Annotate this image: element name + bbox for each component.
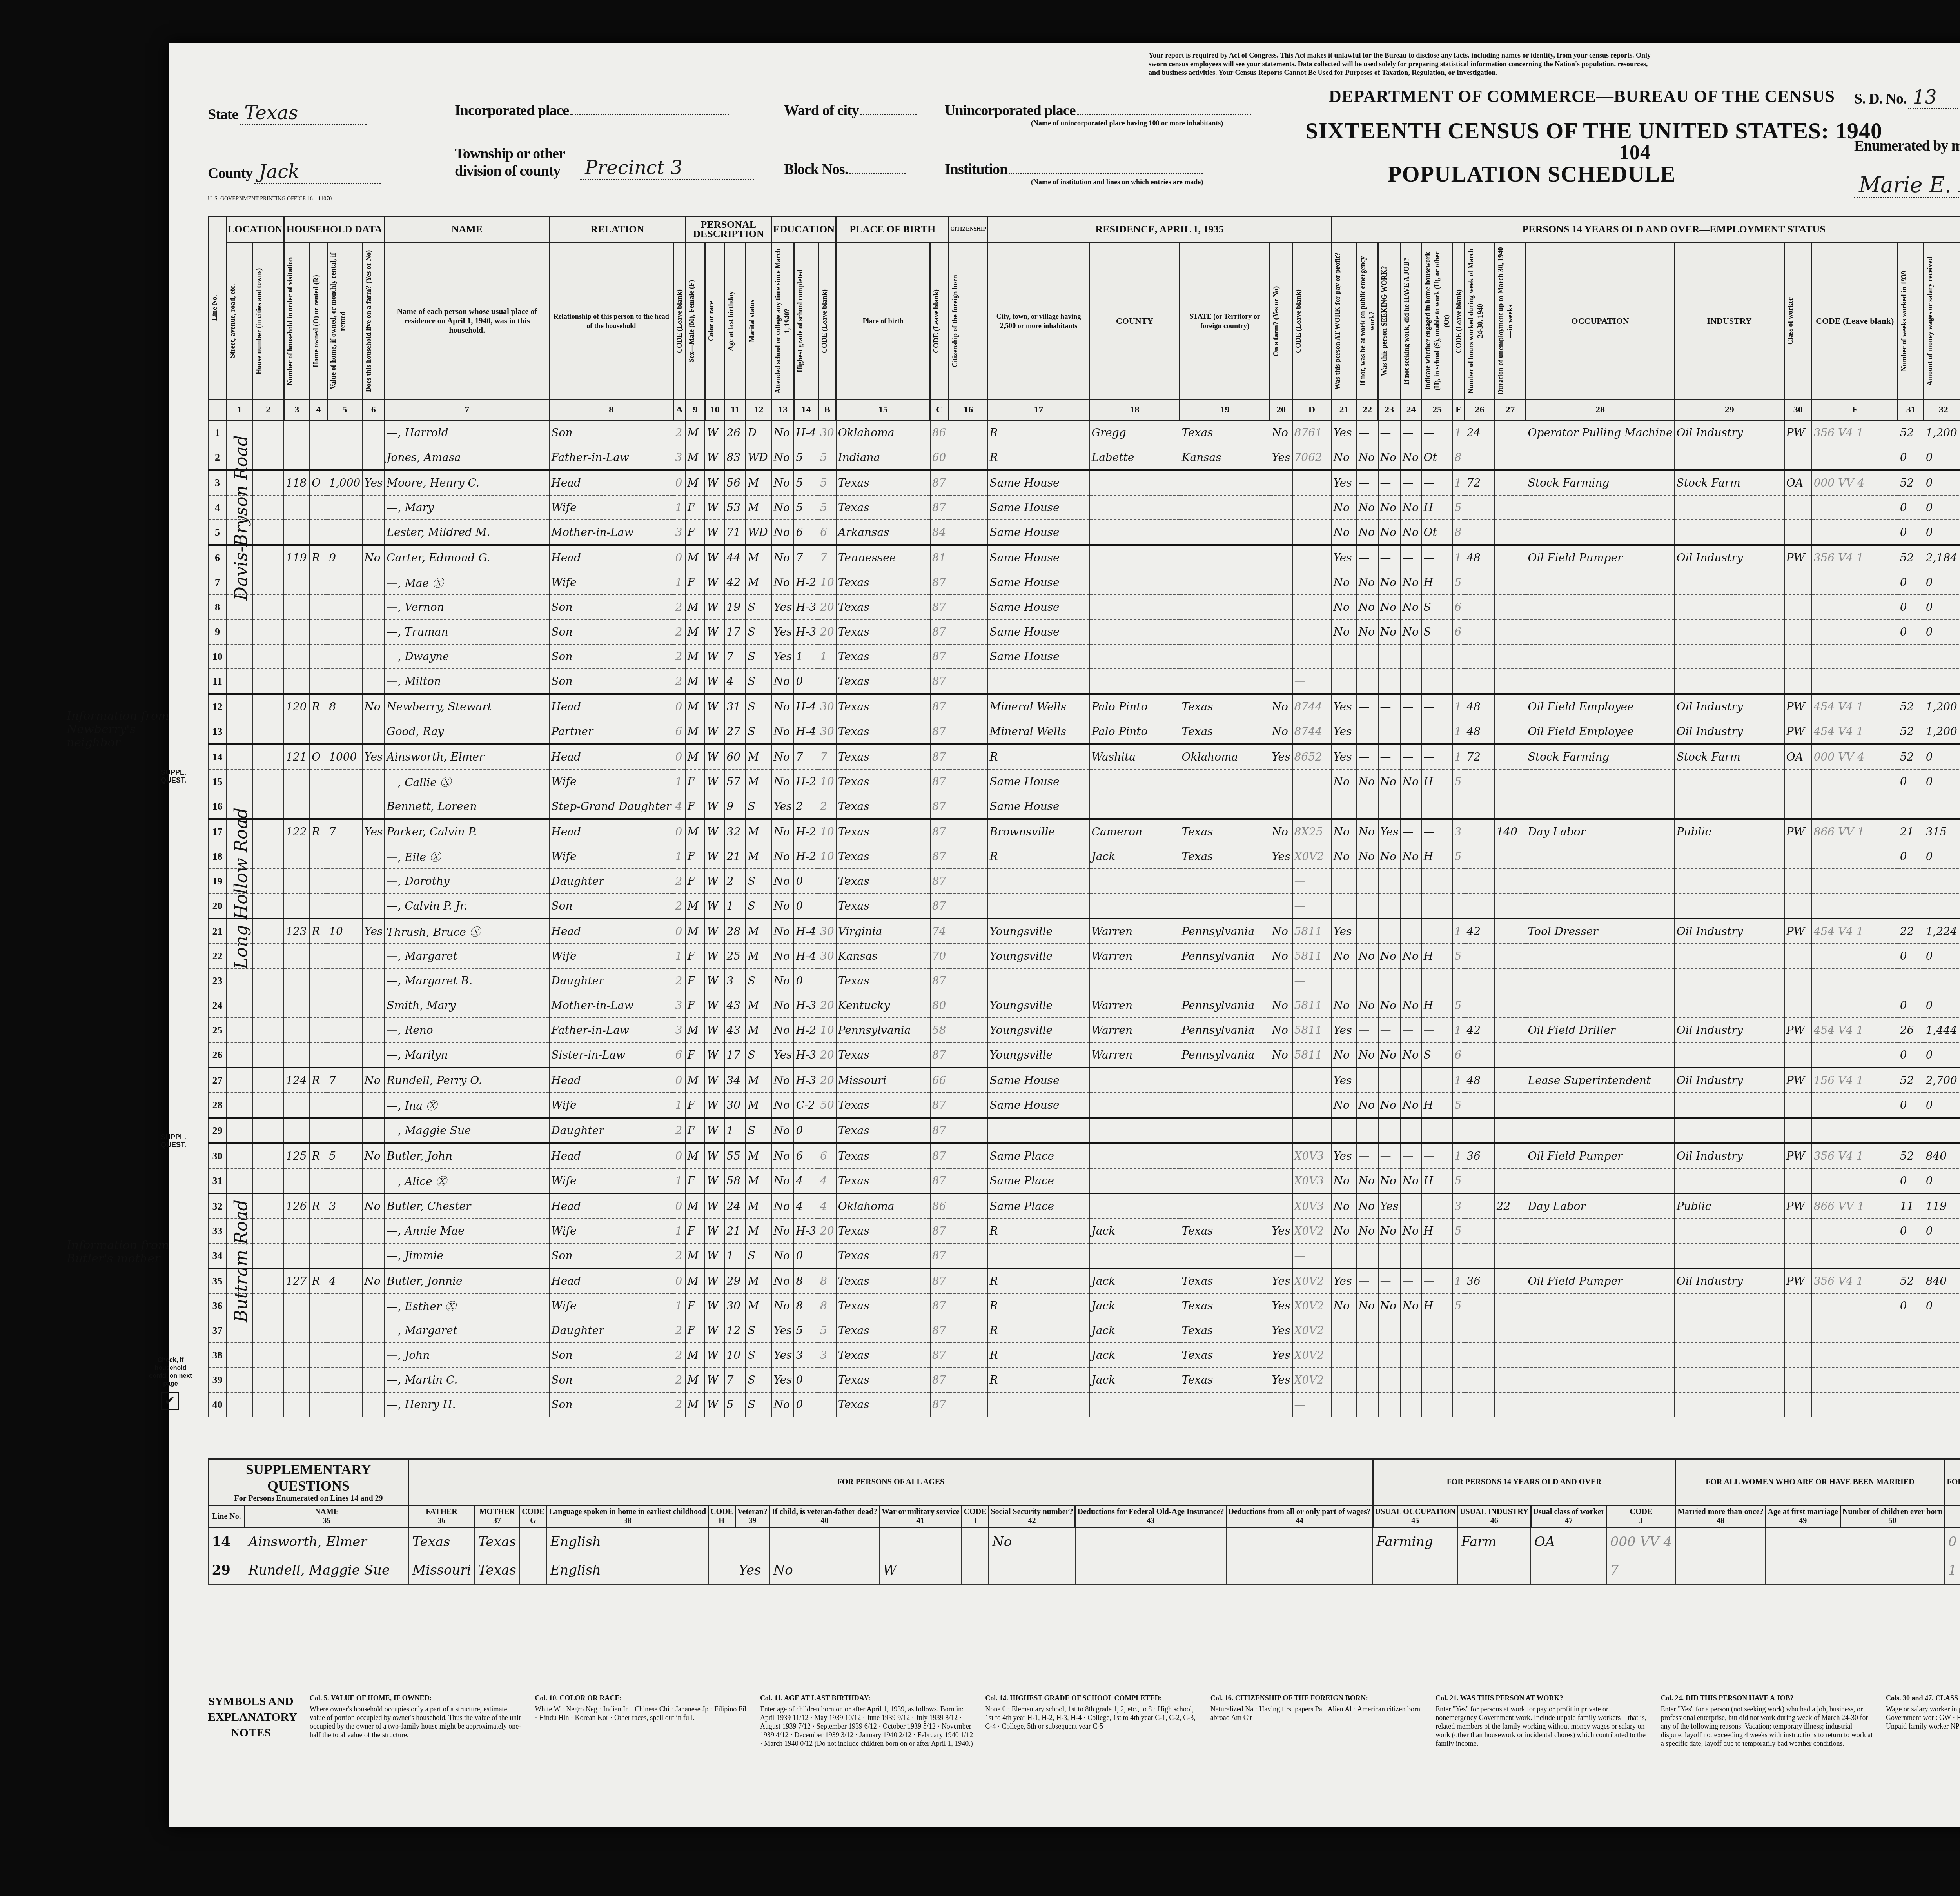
cell-wks: 26 xyxy=(1898,1018,1924,1042)
cell-r18 xyxy=(1090,570,1180,595)
cell-unemp xyxy=(1495,769,1526,794)
cell-f xyxy=(1812,769,1898,794)
cell-occ xyxy=(1526,1293,1675,1318)
cell-c: 87 xyxy=(930,694,949,719)
empty-cell xyxy=(252,1093,284,1118)
cell-grade: 0 xyxy=(794,1118,818,1143)
cell-occ xyxy=(1526,595,1675,619)
cell-race: W xyxy=(705,1219,724,1243)
cell-d: — xyxy=(1292,869,1332,894)
cell-race: W xyxy=(705,570,724,595)
line-number: 40 xyxy=(209,1392,227,1417)
cell-cit xyxy=(949,869,988,894)
cell-cit xyxy=(949,1243,988,1268)
cell-wage xyxy=(1924,794,1960,819)
empty-cell xyxy=(227,570,253,595)
cell-c: 87 xyxy=(930,1168,949,1193)
cell-sch: No xyxy=(771,420,794,445)
cell-r19 xyxy=(1180,1193,1270,1219)
cell-mar: M xyxy=(746,545,771,570)
cell-ind xyxy=(1675,769,1784,794)
cell-sex: M xyxy=(685,744,705,769)
empty-cell xyxy=(252,644,284,669)
cell-grade: 5 xyxy=(794,470,818,495)
cell-b: 7 xyxy=(818,545,836,570)
cell-a: 4 xyxy=(673,794,685,819)
cell-r18 xyxy=(1090,495,1180,520)
cell-r19: Texas xyxy=(1180,819,1270,844)
cell-age: 21 xyxy=(724,844,746,869)
cell-w23 xyxy=(1378,894,1401,919)
cell-w22 xyxy=(1357,1392,1378,1417)
county-value: Jack xyxy=(254,161,381,184)
cell-name: Thrush, Bruce Ⓧ xyxy=(385,919,549,944)
cell-value xyxy=(327,669,362,694)
cell-value: 5 xyxy=(327,1143,362,1168)
cell-sex: M xyxy=(685,420,705,445)
supp-row: 29Rundell, Maggie SueMissouriTexasEnglis… xyxy=(209,1556,1960,1584)
cell-b: 8 xyxy=(818,1268,836,1293)
cell-wage: 0 xyxy=(1924,1168,1960,1193)
cell-r20 xyxy=(1270,669,1292,694)
cell-d: X0V2 xyxy=(1292,1293,1332,1318)
cell-value xyxy=(327,1018,362,1042)
cell-sex: F xyxy=(685,944,705,968)
cell-hrs xyxy=(1465,644,1495,669)
table-row: 26—, MarilynSister-in-Law6FW17SYesH-320T… xyxy=(209,1042,1960,1068)
cell-w21: No xyxy=(1332,944,1357,968)
cell-unemp xyxy=(1495,968,1526,993)
cell-w21 xyxy=(1332,644,1357,669)
column-number: 23 xyxy=(1378,400,1401,420)
cell-value xyxy=(327,1118,362,1143)
cell-hh xyxy=(284,1368,310,1392)
cell-rel: Son xyxy=(549,420,673,445)
table-row: 9—, TrumanSon2MW17SYesH-320Texas87Same H… xyxy=(209,619,1960,644)
line-number: 32 xyxy=(209,1193,227,1219)
cell-cit xyxy=(949,894,988,919)
cell-w25 xyxy=(1422,1368,1453,1392)
cell-mar: M xyxy=(746,844,771,869)
cell-birth: Texas xyxy=(836,769,930,794)
line-number: 4 xyxy=(209,495,227,520)
cell-f: 454 V4 1 xyxy=(1812,1018,1898,1042)
cell-w23: No xyxy=(1378,1093,1401,1118)
empty-cell xyxy=(1766,1556,1840,1584)
cell-w25: H xyxy=(1422,1168,1453,1193)
cell-w21: No xyxy=(1332,769,1357,794)
cell-ind xyxy=(1675,495,1784,520)
supp-column-header: If child, is veteran-father dead?40 xyxy=(769,1506,879,1528)
cell-w24: — xyxy=(1401,1268,1422,1293)
cell-wage: 0 xyxy=(1924,570,1960,595)
cell-own xyxy=(310,869,327,894)
cell-farm xyxy=(362,794,385,819)
cell-b: 5 xyxy=(818,1318,836,1343)
cell-hrs xyxy=(1465,894,1495,919)
cell-w23: — xyxy=(1378,1268,1401,1293)
cell-e xyxy=(1453,894,1465,919)
cell-value xyxy=(327,993,362,1018)
cell-w25: — xyxy=(1422,545,1453,570)
cell-grade: 4 xyxy=(794,1193,818,1219)
cell-a: 1 xyxy=(673,1168,685,1193)
cell-ind: Oil Industry xyxy=(1675,1268,1784,1293)
cell-sex: M xyxy=(685,445,705,470)
cell-farm xyxy=(362,769,385,794)
cell-a: 2 xyxy=(673,1118,685,1143)
cell-birth: Kentucky xyxy=(836,993,930,1018)
cell-wage xyxy=(1924,644,1960,669)
supp-cell-c43 xyxy=(1075,1528,1226,1556)
column-number: 30 xyxy=(1784,400,1812,420)
table-row: 11—, MiltonSon2MW4SNo0Texas87—11 xyxy=(209,669,1960,694)
cell-w25 xyxy=(1422,1118,1453,1143)
cell-race: W xyxy=(705,545,724,570)
cell-r20 xyxy=(1270,1118,1292,1143)
cell-sex: M xyxy=(685,1343,705,1368)
cell-sch: Yes xyxy=(771,1368,794,1392)
column-number: 22 xyxy=(1357,400,1378,420)
cell-name: Newberry, Stewart xyxy=(385,694,549,719)
cell-occ xyxy=(1526,769,1675,794)
cell-c: 87 xyxy=(930,619,949,644)
cell-c: 87 xyxy=(930,769,949,794)
cell-hrs: 48 xyxy=(1465,545,1495,570)
cell-occ xyxy=(1526,495,1675,520)
cell-value: 1,000 xyxy=(327,470,362,495)
group-birth: PLACE OF BIRTH xyxy=(836,216,949,243)
cell-unemp xyxy=(1495,669,1526,694)
cell-sex: F xyxy=(685,1168,705,1193)
cell-wks: 0 xyxy=(1898,844,1924,869)
empty-cell xyxy=(962,1528,989,1556)
cell-wage: 2,700 xyxy=(1924,1068,1960,1093)
note-block: Cols. 30 and 47. CLASS OF WORKER:Wage or… xyxy=(1886,1694,1960,1748)
cell-a: 2 xyxy=(673,968,685,993)
cell-sch: Yes xyxy=(771,1318,794,1343)
cell-farm xyxy=(362,520,385,545)
cell-rel: Mother-in-Law xyxy=(549,520,673,545)
cell-own xyxy=(310,1318,327,1343)
cell-unemp xyxy=(1495,1093,1526,1118)
cell-b: 5 xyxy=(818,495,836,520)
unincorporated-field: Unincorporated place (Name of unincorpor… xyxy=(945,102,1251,127)
cell-occ xyxy=(1526,944,1675,968)
cell-race: W xyxy=(705,694,724,719)
empty-cell xyxy=(520,1556,547,1584)
cell-rel: Wife xyxy=(549,844,673,869)
cell-f xyxy=(1812,993,1898,1018)
group-location: LOCATION xyxy=(227,216,284,243)
cell-wks xyxy=(1898,1392,1924,1417)
cell-hh xyxy=(284,595,310,619)
cell-value xyxy=(327,619,362,644)
cell-race: W xyxy=(705,669,724,694)
cell-wks: 0 xyxy=(1898,619,1924,644)
cell-cls xyxy=(1784,570,1812,595)
line-number: 5 xyxy=(209,520,227,545)
cell-grade: H-2 xyxy=(794,769,818,794)
cell-hh xyxy=(284,894,310,919)
cell-occ xyxy=(1526,794,1675,819)
cell-age: 58 xyxy=(724,1168,746,1193)
empty-cell xyxy=(227,1068,253,1093)
cell-unemp xyxy=(1495,1118,1526,1143)
cell-b: 30 xyxy=(818,420,836,445)
cell-race: W xyxy=(705,520,724,545)
printing-office: U. S. GOVERNMENT PRINTING OFFICE 16—1107… xyxy=(208,196,332,202)
cell-b: 30 xyxy=(818,919,836,944)
cell-b: 6 xyxy=(818,520,836,545)
cell-w23: No xyxy=(1378,1219,1401,1243)
cell-name: —, Callie Ⓧ xyxy=(385,769,549,794)
cell-mar: M xyxy=(746,819,771,844)
cell-unemp xyxy=(1495,694,1526,719)
cell-sch: No xyxy=(771,1068,794,1093)
cell-race: W xyxy=(705,894,724,919)
supp-cell-c44 xyxy=(1226,1556,1373,1584)
cell-r18 xyxy=(1090,894,1180,919)
empty-cell xyxy=(252,570,284,595)
cell-mar: S xyxy=(746,968,771,993)
cell-w23 xyxy=(1378,1118,1401,1143)
cell-occ xyxy=(1526,1368,1675,1392)
cell-d xyxy=(1292,595,1332,619)
cell-ind xyxy=(1675,993,1784,1018)
cell-rel: Son xyxy=(549,1368,673,1392)
enumerator-signature: Marie E. Roper xyxy=(1854,173,1960,198)
cell-race: W xyxy=(705,719,724,744)
cell-hrs xyxy=(1465,1392,1495,1417)
household-continued-checkbox[interactable]: ✔ xyxy=(161,1392,179,1410)
cell-mar: S xyxy=(746,1243,771,1268)
cell-birth: Texas xyxy=(836,719,930,744)
cell-cls xyxy=(1784,844,1812,869)
cell-value xyxy=(327,595,362,619)
cell-w24: No xyxy=(1401,769,1422,794)
cell-sex: M xyxy=(685,595,705,619)
cell-unemp xyxy=(1495,1068,1526,1093)
cell-c: 87 xyxy=(930,844,949,869)
cell-r18 xyxy=(1090,869,1180,894)
cell-w21: Yes xyxy=(1332,1268,1357,1293)
cell-c: 87 xyxy=(930,1343,949,1368)
empty-cell xyxy=(252,520,284,545)
cell-rel: Daughter xyxy=(549,869,673,894)
cell-e xyxy=(1453,1392,1465,1417)
cell-mar: S xyxy=(746,595,771,619)
supp-cell-c41: W xyxy=(880,1556,962,1584)
cell-rel: Son xyxy=(549,644,673,669)
table-row: 32126R3NoButler, ChesterHead0MW24MNo44Ok… xyxy=(209,1193,1960,1219)
column-number: 9 xyxy=(685,400,705,420)
cell-age: 30 xyxy=(724,1293,746,1318)
cell-unemp xyxy=(1495,844,1526,869)
cell-cls xyxy=(1784,644,1812,669)
cell-rel: Son xyxy=(549,1343,673,1368)
cell-w24: No xyxy=(1401,445,1422,470)
cell-ind xyxy=(1675,894,1784,919)
cell-wage: 2,184 xyxy=(1924,545,1960,570)
cell-sex: M xyxy=(685,669,705,694)
cell-rel: Sister-in-Law xyxy=(549,1042,673,1068)
cell-grade: 7 xyxy=(794,545,818,570)
cell-value xyxy=(327,1219,362,1243)
cell-cls: PW xyxy=(1784,1268,1812,1293)
empty-cell xyxy=(227,1018,253,1042)
cell-b: 10 xyxy=(818,769,836,794)
cell-occ xyxy=(1526,894,1675,919)
cell-birth: Virginia xyxy=(836,919,930,944)
cell-own xyxy=(310,1042,327,1068)
cell-occ: Oil Field Driller xyxy=(1526,1018,1675,1042)
cell-mar: S xyxy=(746,644,771,669)
supp-column-header: Deductions from all or only part of wage… xyxy=(1226,1506,1373,1528)
line-number: 35 xyxy=(209,1268,227,1293)
cell-age: 5 xyxy=(724,1392,746,1417)
cell-sex: M xyxy=(685,919,705,944)
cell-hh xyxy=(284,669,310,694)
cell-cit xyxy=(949,769,988,794)
cell-e: 1 xyxy=(1453,1268,1465,1293)
column-number: 3 xyxy=(284,400,310,420)
cell-farm xyxy=(362,1219,385,1243)
supp-cell-c44 xyxy=(1226,1528,1373,1556)
cell-birth: Texas xyxy=(836,570,930,595)
line-number: 38 xyxy=(209,1343,227,1368)
cell-mar: S xyxy=(746,619,771,644)
cell-w23: No xyxy=(1378,520,1401,545)
cell-e: 1 xyxy=(1453,420,1465,445)
cell-r18: Palo Pinto xyxy=(1090,719,1180,744)
cell-r19: Oklahoma xyxy=(1180,744,1270,769)
cell-w23: — xyxy=(1378,919,1401,944)
cell-hrs xyxy=(1465,769,1495,794)
cell-b xyxy=(818,1368,836,1392)
table-row: 30125R5NoButler, JohnHead0MW55MNo66Texas… xyxy=(209,1143,1960,1168)
cell-mar: S xyxy=(746,669,771,694)
cell-cit xyxy=(949,470,988,495)
cell-unemp xyxy=(1495,545,1526,570)
cell-hh: 119 xyxy=(284,545,310,570)
cell-r20 xyxy=(1270,644,1292,669)
cell-farm: No xyxy=(362,545,385,570)
cell-w23: No xyxy=(1378,495,1401,520)
cell-farm xyxy=(362,1392,385,1417)
cell-birth: Texas xyxy=(836,1368,930,1392)
cell-cls xyxy=(1784,595,1812,619)
supp-column-header: CODEI xyxy=(962,1506,989,1528)
table-row: 23—, Margaret B.Daughter2FW3SNo0Texas87—… xyxy=(209,968,1960,993)
line-number: 3 xyxy=(209,470,227,495)
cell-sch: No xyxy=(771,719,794,744)
table-row: 31—, Alice ⓍWife1FW58MNo44Texas87Same Pl… xyxy=(209,1168,1960,1193)
cell-value: 10 xyxy=(327,919,362,944)
cell-w25: S xyxy=(1422,619,1453,644)
cell-own: R xyxy=(310,1268,327,1293)
cell-f xyxy=(1812,495,1898,520)
cell-w22: No xyxy=(1357,819,1378,844)
cell-r18: Jack xyxy=(1090,844,1180,869)
cell-birth: Texas xyxy=(836,470,930,495)
cell-r20 xyxy=(1270,1143,1292,1168)
cell-race: W xyxy=(705,644,724,669)
cell-r19 xyxy=(1180,570,1270,595)
cell-e: 1 xyxy=(1453,694,1465,719)
cell-r17: Same House xyxy=(988,619,1090,644)
table-row: 8—, VernonSon2MW19SYesH-320Texas87Same H… xyxy=(209,595,1960,619)
cell-r20: No xyxy=(1270,944,1292,968)
cell-e xyxy=(1453,968,1465,993)
cell-r20: No xyxy=(1270,993,1292,1018)
column-number: 26 xyxy=(1465,400,1495,420)
cell-a: 2 xyxy=(673,1392,685,1417)
cell-unemp xyxy=(1495,420,1526,445)
cell-rel: Mother-in-Law xyxy=(549,993,673,1018)
cell-ind: Oil Industry xyxy=(1675,420,1784,445)
cell-farm: No xyxy=(362,1068,385,1093)
cell-farm: No xyxy=(362,1268,385,1293)
cell-r18 xyxy=(1090,1392,1180,1417)
cell-f: 356 V4 1 xyxy=(1812,1268,1898,1293)
empty-cell xyxy=(252,844,284,869)
cell-hrs xyxy=(1465,1219,1495,1243)
cell-grade: 5 xyxy=(794,495,818,520)
cell-mar: M xyxy=(746,1018,771,1042)
cell-own xyxy=(310,595,327,619)
cell-hh xyxy=(284,869,310,894)
cell-hh xyxy=(284,844,310,869)
line-number: 37 xyxy=(209,1318,227,1343)
cell-a: 0 xyxy=(673,919,685,944)
cell-w21 xyxy=(1332,794,1357,819)
cell-name: —, Ina Ⓧ xyxy=(385,1093,549,1118)
cell-r19 xyxy=(1180,1068,1270,1093)
empty-cell xyxy=(252,744,284,769)
cell-sex: M xyxy=(685,470,705,495)
cell-c: 87 xyxy=(930,470,949,495)
note-block: Col. 24. DID THIS PERSON HAVE A JOB?Ente… xyxy=(1661,1694,1874,1748)
cell-c: 87 xyxy=(930,719,949,744)
line-number: 20 xyxy=(209,894,227,919)
cell-mar: S xyxy=(746,1343,771,1368)
empty-cell xyxy=(252,545,284,570)
cell-race: W xyxy=(705,1318,724,1343)
cell-sch: No xyxy=(771,1168,794,1193)
cell-sex: F xyxy=(685,1042,705,1068)
cell-d: 5811 xyxy=(1292,919,1332,944)
cell-wage: 0 xyxy=(1924,993,1960,1018)
cell-sch: No xyxy=(771,669,794,694)
cell-ind xyxy=(1675,595,1784,619)
column-number: 13 xyxy=(771,400,794,420)
cell-rel: Wife xyxy=(549,570,673,595)
cell-unemp xyxy=(1495,1268,1526,1293)
empty-cell xyxy=(227,1343,253,1368)
cell-birth: Texas xyxy=(836,744,930,769)
cell-w21 xyxy=(1332,869,1357,894)
cell-f xyxy=(1812,445,1898,470)
supp-column-header: Social Security number?42 xyxy=(989,1506,1075,1528)
empty-cell xyxy=(227,495,253,520)
cell-w25 xyxy=(1422,894,1453,919)
cell-sch: No xyxy=(771,1243,794,1268)
cell-wks xyxy=(1898,644,1924,669)
cell-w24 xyxy=(1401,1193,1422,1219)
cell-value xyxy=(327,1368,362,1392)
cell-w23: — xyxy=(1378,545,1401,570)
